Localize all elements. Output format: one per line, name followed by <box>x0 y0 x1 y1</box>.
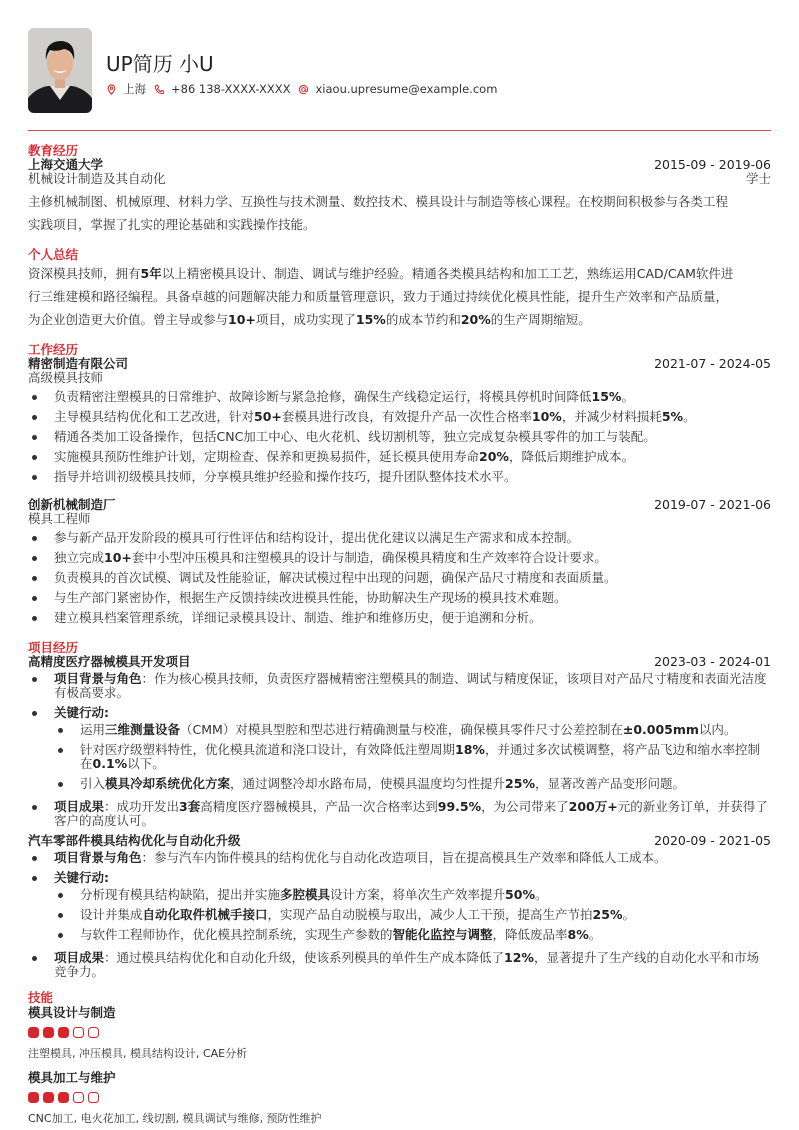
rating-dot-empty <box>88 1027 99 1038</box>
header-divider <box>28 130 771 131</box>
location-pin-icon <box>106 84 117 95</box>
job-date: 2019-07 - 2021-06 <box>654 498 771 512</box>
list-item: 针对医疗级塑料特性，优化模具流道和浇口设计，有效降低注塑周期18%，并通过多次试… <box>54 740 771 774</box>
list-item: 项目背景与角色：参与汽车内饰件模具的结构优化与自动化改造项目，旨在提高模具生产效… <box>28 848 771 868</box>
list-item: 精通各类加工设备操作，包括CNC加工中心、电火花机、线切割机等，独立完成复杂模具… <box>28 427 771 447</box>
list-item: 项目成果：通过模具结构优化和自动化升级，使该系列模具的单件生产成本降低了12%，… <box>28 948 771 982</box>
job-entry: 创新机械制造厂2019-07 - 2021-06 模具工程师 参与新产品开发阶段… <box>28 498 771 628</box>
rating-dot-empty <box>73 1027 84 1038</box>
job-date: 2021-07 - 2024-05 <box>654 357 771 371</box>
list-item: 指导并培训初级模具技师，分享模具维护经验和操作技巧，提升团队整体技术水平。 <box>28 467 771 487</box>
skill-name: 模具设计与制造 <box>28 1005 771 1021</box>
at-sign-icon <box>298 84 309 95</box>
job-role: 高级模具技师 <box>28 371 771 385</box>
avatar-illustration <box>28 28 92 113</box>
school-name: 上海交通大学 <box>28 158 103 172</box>
skill-rating <box>28 1092 771 1103</box>
education-description: 主修机械制图、机械原理、材料力学、互换性与技术测量、数控技术、模具设计与制造等核… <box>28 190 771 236</box>
list-item: 分析现有模具结构缺陷，提出并实施多腔模具设计方案，将单次生产效率提升50%。 <box>54 885 771 905</box>
project-name: 高精度医疗器械模具开发项目 <box>28 655 191 669</box>
rating-dot-filled <box>58 1092 69 1103</box>
education-description-line: 主修机械制图、机械原理、材料力学、互换性与技术测量、数控技术、模具设计与制造等核… <box>28 190 771 213</box>
projects-section: 项目经历 高精度医疗器械模具开发项目2023-03 - 2024-01 项目背景… <box>28 641 771 831</box>
skills-section: 技能 模具设计与制造 注塑模具, 冲压模具, 模具结构设计, CAE分析 模具加… <box>28 991 771 1127</box>
list-item: 实施模具预防性维护计划，定期检查、保养和更换易损件，延长模具使用寿命20%，降低… <box>28 447 771 467</box>
major: 机械设计制造及其自动化 <box>28 172 166 186</box>
job-bullets: 参与新产品开发阶段的模具可行性评估和结构设计，提出优化建议以满足生产需求和成本控… <box>28 528 771 628</box>
project-name: 汽车零部件模具结构优化与自动化升级 <box>28 834 241 848</box>
project-bullets: 项目背景与角色：作为核心模具技师，负责医疗器械精密注塑模具的制造、调试与精度保证… <box>28 669 771 831</box>
contact-info: 上海 +86 138-XXXX-XXXX xiaou.upresume@exam… <box>106 81 505 97</box>
section-title-projects: 项目经历 <box>28 641 771 655</box>
candidate-name: UP简历 小U <box>106 48 214 77</box>
project-entry: 高精度医疗器械模具开发项目2023-03 - 2024-01 项目背景与角色：作… <box>28 655 771 831</box>
rating-dot-empty <box>88 1092 99 1103</box>
contact-phone: +86 138-XXXX-XXXX <box>154 82 290 96</box>
skill-entry: 模具设计与制造 注塑模具, 冲压模具, 模具结构设计, CAE分析 <box>28 1005 771 1062</box>
project-bullets: 项目背景与角色：参与汽车内饰件模具的结构优化与自动化改造项目，旨在提高模具生产效… <box>28 848 771 982</box>
list-item: 项目背景与角色：作为核心模具技师，负责医疗器械精密注塑模具的制造、调试与精度保证… <box>28 669 771 703</box>
phone-text: +86 138-XXXX-XXXX <box>171 82 290 96</box>
list-item: 关键行动: 分析现有模具结构缺陷，提出并实施多腔模具设计方案，将单次生产效率提升… <box>28 868 771 948</box>
section-title-skills: 技能 <box>28 991 771 1005</box>
list-item: 主导模具结构优化和工艺改进，针对50+套模具进行改良，有效提升产品一次性合格率1… <box>28 407 771 427</box>
phone-icon <box>154 84 165 95</box>
project-date: 2020-09 - 2021-05 <box>654 834 771 848</box>
section-title-education: 教育经历 <box>28 144 771 158</box>
job-entry: 精密制造有限公司2021-07 - 2024-05 高级模具技师 负责精密注塑模… <box>28 357 771 487</box>
rating-dot-filled <box>58 1027 69 1038</box>
contact-location: 上海 <box>106 81 146 97</box>
rating-dot-filled <box>43 1092 54 1103</box>
rating-dot-empty <box>73 1092 84 1103</box>
avatar-photo <box>28 28 92 113</box>
skill-rating <box>28 1027 771 1038</box>
email-link[interactable]: xiaou.upresume@example.com <box>315 82 497 96</box>
list-item: 建立模具档案管理系统，详细记录模具设计、制造、维护和维修历史，便于追溯和分析。 <box>28 608 771 628</box>
location-text: 上海 <box>123 81 146 97</box>
rating-dot-filled <box>28 1092 39 1103</box>
education-header-row: 上海交通大学 2015-09 - 2019-06 <box>28 158 771 172</box>
education-sub-row: 机械设计制造及其自动化 学士 <box>28 172 771 186</box>
education-date: 2015-09 - 2019-06 <box>654 158 771 172</box>
list-item: 参与新产品开发阶段的模具可行性评估和结构设计，提出优化建议以满足生产需求和成本控… <box>28 528 771 548</box>
list-item: 关键行动: 运用三维测量设备（CMM）对模具型腔和型芯进行精确测量与校准，确保模… <box>28 703 771 797</box>
section-title-summary: 个人总结 <box>28 248 771 262</box>
list-item: 与软件工程师协作，优化模具控制系统，实现生产参数的智能化监控与调整，降低废品率8… <box>54 925 771 945</box>
list-item: 与生产部门紧密协作，根据生产反馈持续改进模具性能，协助解决生产现场的模具技术难题… <box>28 588 771 608</box>
education-description-line: 实践项目，掌握了扎实的理论基础和实践操作技能。 <box>28 213 771 236</box>
list-item: 运用三维测量设备（CMM）对模具型腔和型芯进行精确测量与校准，确保模具零件尺寸公… <box>54 720 771 740</box>
skill-entry: 模具加工与维护 CNC加工, 电火花加工, 线切割, 模具调试与维修, 预防性维… <box>28 1070 771 1127</box>
company-name: 精密制造有限公司 <box>28 357 128 371</box>
project-entry: 汽车零部件模具结构优化与自动化升级2020-09 - 2021-05 项目背景与… <box>28 834 771 982</box>
degree: 学士 <box>746 172 771 186</box>
list-item: 负责精密注塑模具的日常维护、故障诊断与紧急抢修，确保生产线稳定运行，将模具停机时… <box>28 387 771 407</box>
summary-text: 资深模具技师，拥有5年以上精密模具设计、制造、调试与维护经验。精通各类模具结构和… <box>28 262 771 331</box>
list-item: 引入模具冷却系统优化方案，通过调整冷却水路布局，使模具温度均匀性提升25%，显著… <box>54 774 771 794</box>
education-section: 教育经历 上海交通大学 2015-09 - 2019-06 机械设计制造及其自动… <box>28 144 771 236</box>
list-item: 设计并集成自动化取件机械手接口，实现产品自动脱模与取出，减少人工干预，提高生产节… <box>54 905 771 925</box>
job-bullets: 负责精密注塑模具的日常维护、故障诊断与紧急抢修，确保生产线稳定运行，将模具停机时… <box>28 387 771 487</box>
company-name: 创新机械制造厂 <box>28 498 116 512</box>
skill-details: CNC加工, 电火花加工, 线切割, 模具调试与维修, 预防性维护 <box>28 1111 771 1127</box>
list-item: 负责模具的首次试模、调试及性能验证，解决试模过程中出现的问题，确保产品尺寸精度和… <box>28 568 771 588</box>
list-item: 独立完成10+套中小型冲压模具和注塑模具的设计与制造，确保模具精度和生产效率符合… <box>28 548 771 568</box>
skill-details: 注塑模具, 冲压模具, 模具结构设计, CAE分析 <box>28 1046 771 1062</box>
skill-name: 模具加工与维护 <box>28 1070 771 1086</box>
resume-header: UP简历 小U 上海 +86 138-XXXX-XXXX xiaou.upres… <box>28 28 771 114</box>
project-date: 2023-03 - 2024-01 <box>654 655 771 669</box>
section-title-work: 工作经历 <box>28 343 771 357</box>
key-actions-list: 运用三维测量设备（CMM）对模具型腔和型芯进行精确测量与校准，确保模具零件尺寸公… <box>54 720 771 794</box>
work-section: 工作经历 精密制造有限公司2021-07 - 2024-05 高级模具技师 负责… <box>28 343 771 487</box>
rating-dot-filled <box>43 1027 54 1038</box>
contact-email: xiaou.upresume@example.com <box>298 82 497 96</box>
job-role: 模具工程师 <box>28 512 771 526</box>
list-item: 项目成果：成功开发出3套高精度医疗器械模具，产品一次合格率达到99.5%，为公司… <box>28 797 771 831</box>
rating-dot-filled <box>28 1027 39 1038</box>
summary-section: 个人总结 资深模具技师，拥有5年以上精密模具设计、制造、调试与维护经验。精通各类… <box>28 248 771 331</box>
key-actions-list: 分析现有模具结构缺陷，提出并实施多腔模具设计方案，将单次生产效率提升50%。 设… <box>54 885 771 945</box>
